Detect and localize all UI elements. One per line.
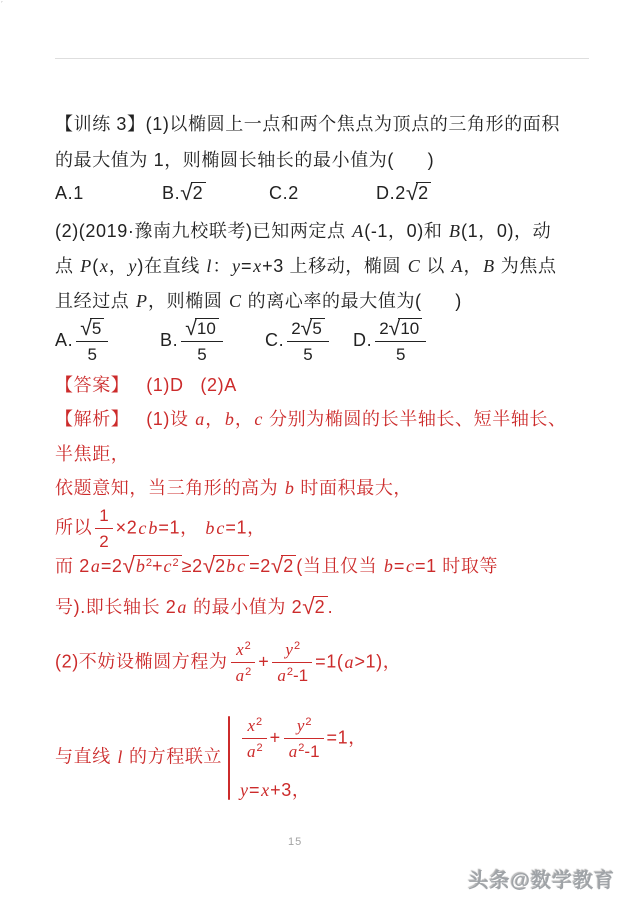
option-1b: B.√2 bbox=[162, 181, 269, 205]
option-2b: B.√105 bbox=[160, 316, 265, 367]
problem2-line2: 点 P(x，y)在直线 l：y=x+3 上移动，椭圆 C 以 A，B 为焦点 bbox=[55, 254, 557, 278]
solution-line7: (2)不妨设椭圆方程为x2a2+y2a2-1=1(a>1)， bbox=[55, 638, 401, 688]
solution-line4: 所以12×2cb=1， bc=1， bbox=[55, 504, 266, 554]
page-number: 15 bbox=[288, 836, 302, 848]
solution-line1: 【解析】 (1)设 a，b，c 分别为椭圆的长半轴长、短半轴长、 bbox=[55, 407, 567, 431]
watermark: 头条@数学教育 bbox=[468, 864, 615, 893]
answer-line: 【答案】 (1)D (2)A bbox=[55, 373, 237, 397]
solution-line2: 半焦距， bbox=[55, 442, 129, 466]
option-2a: A.√55 bbox=[55, 316, 160, 367]
solution-line6: 号).即长轴长 2a 的最小值为 2√2. bbox=[55, 595, 333, 619]
problem1-line1: 【训练 3】(1)以椭圆上一点和两个焦点为顶点的三角形的面积 bbox=[55, 112, 560, 136]
system-brace bbox=[228, 716, 230, 800]
solution-line5: 而 2a=2√b2+c2≥2√2bc=2√2(当且仅当 b=c=1 时取等 bbox=[55, 554, 498, 578]
problem2-line3: 且经过点 P，则椭圆 C 的离心率的最大值为( ) bbox=[55, 289, 462, 313]
scan-corner-artifact bbox=[1, 1, 8, 8]
solution-line8-system: 与直线 l 的方程联立x2a2+y2a2-1=1，y=x+3， bbox=[55, 714, 367, 802]
solution-line3: 依题意知，当三角形的高为 b 时面积最大， bbox=[55, 476, 412, 500]
options-row-2: A.√55 B.√105 C.2√55 D.2√105 bbox=[55, 316, 458, 367]
top-divider bbox=[55, 58, 589, 59]
option-2d: D.2√105 bbox=[353, 316, 458, 367]
option-2c: C.2√55 bbox=[265, 316, 353, 367]
options-row-1: A.1 B.√2 C.2 D.2√2 bbox=[55, 181, 431, 205]
option-1a: A.1 bbox=[55, 181, 162, 205]
option-1d: D.2√2 bbox=[376, 181, 431, 205]
option-1c: C.2 bbox=[269, 181, 376, 205]
problem2-line1: (2)(2019·豫南九校联考)已知两定点 A(-1，0)和 B(1，0)，动 bbox=[55, 219, 551, 243]
problem1-line2: 的最大值为 1，则椭圆长轴长的最小值为( ) bbox=[55, 148, 434, 172]
